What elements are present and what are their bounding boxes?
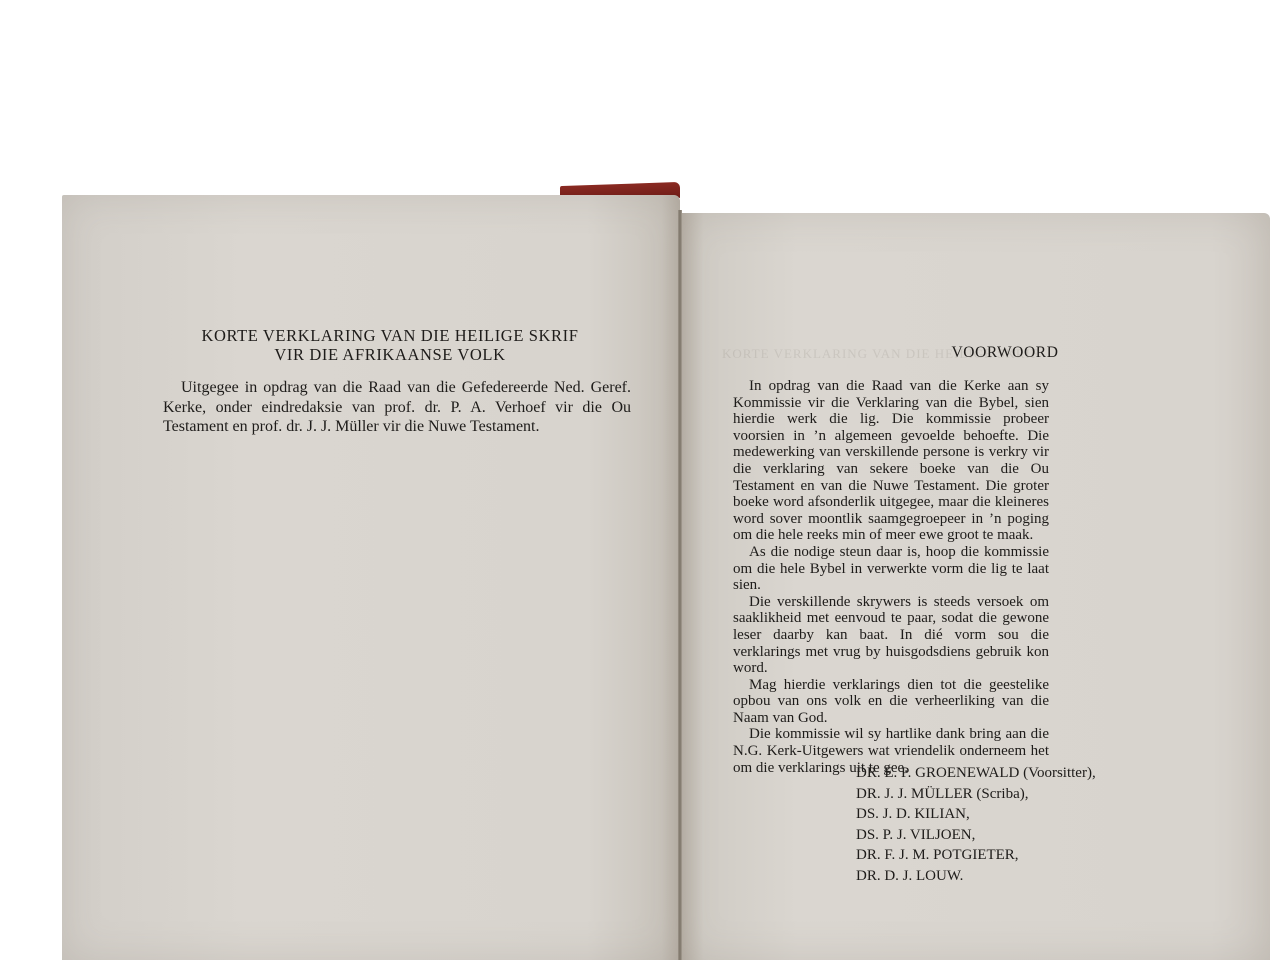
publication-note-text: Uitgegee in opdrag van die Raad van die … <box>163 378 631 437</box>
signatory: DR. J. J. MÜLLER (Scriba), <box>856 784 1096 805</box>
foreword-paragraph: As die nodige steun daar is, hoop die ko… <box>733 544 1049 594</box>
signatory: DR. D. J. LOUW. <box>856 866 1096 887</box>
open-book-photo: KORTE VERKLARING VAN DIE HEILIGE SKRIF K… <box>0 0 1280 960</box>
foreword-paragraph: Mag hierdie verklarings dien tot die gee… <box>733 677 1049 727</box>
signatory: DR. F. J. M. POTGIETER, <box>856 845 1096 866</box>
signatories-list: DR. E. P. GROENEWALD (Voorsitter), DR. J… <box>856 763 1096 886</box>
series-title: KORTE VERKLARING VAN DIE HEILIGE SKRIF V… <box>150 326 630 364</box>
series-title-line-2: VIR DIE AFRIKAANSE VOLK <box>150 345 630 364</box>
publication-note: Uitgegee in opdrag van die Raad van die … <box>163 378 631 437</box>
left-page <box>62 195 680 960</box>
foreword-title: VOORWOORD <box>740 344 1160 362</box>
series-title-line-1: KORTE VERKLARING VAN DIE HEILIGE SKRIF <box>150 326 630 345</box>
book-gutter <box>678 210 682 960</box>
foreword-paragraph: Die verskillende skrywers is steeds vers… <box>733 594 1049 677</box>
signatory: DS. P. J. VILJOEN, <box>856 825 1096 846</box>
signatory: DS. J. D. KILIAN, <box>856 804 1096 825</box>
foreword-paragraph: In opdrag van die Raad van die Kerke aan… <box>733 378 1049 544</box>
foreword-body: In opdrag van die Raad van die Kerke aan… <box>733 378 1049 776</box>
signatory: DR. E. P. GROENEWALD (Voorsitter), <box>856 763 1096 784</box>
